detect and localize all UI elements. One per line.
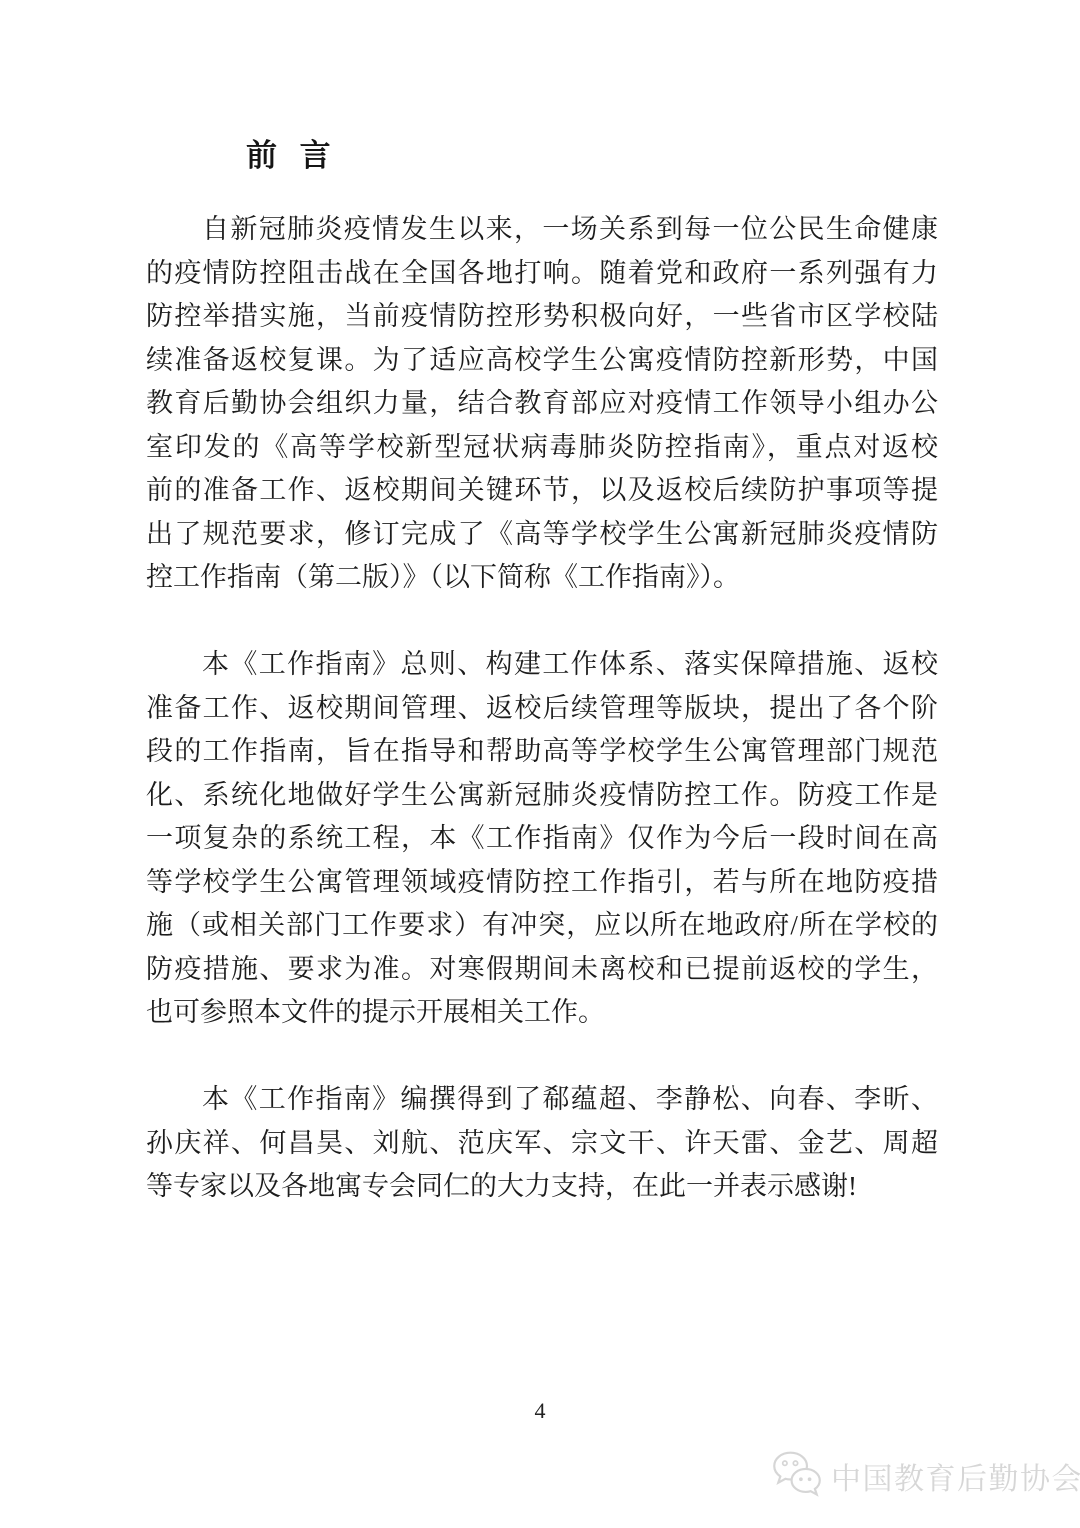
paragraph: 本《工作指南》编撰得到了郗蕴超、李静松、向春、李昕、孙庆祥、何昌昊、刘航、范庆军… [146,1078,938,1209]
text-line: 的疫情防控阻击战在全国各地打响。随着党和政府一系列强有力 [146,252,938,296]
text-line: 教育后勤协会组织力量，结合教育部应对疫情工作领导小组办公 [146,382,938,426]
page-title: 前 言 [246,140,332,171]
watermark-label: 中国教育后勤协会 [831,1454,1080,1498]
document-body: 自新冠肺炎疫情发生以来，一场关系到每一位公民生命健康的疫情防控阻击战在全国各地打… [146,208,938,1209]
text-line: 也可参照本文件的提示开展相关工作。 [146,991,938,1035]
text-line: 续准备返校复课。为了适应高校学生公寓疫情防控新形势，中国 [146,339,938,383]
text-line: 室印发的《高等学校新型冠状病毒肺炎防控指南》，重点对返校 [146,426,938,470]
text-line: 本《工作指南》总则、构建工作体系、落实保障措施、返校 [146,643,938,687]
text-line: 等学校学生公寓管理领域疫情防控工作指引，若与所在地防疫措 [146,861,938,905]
document-page: 前 言 自新冠肺炎疫情发生以来，一场关系到每一位公民生命健康的疫情防控阻击战在全… [0,0,1080,1528]
text-line: 一项复杂的系统工程，本《工作指南》仅作为今后一段时间在高 [146,817,938,861]
text-line: 本《工作指南》编撰得到了郗蕴超、李静松、向春、李昕、 [146,1078,938,1122]
text-line: 自新冠肺炎疫情发生以来，一场关系到每一位公民生命健康 [146,208,938,252]
text-line: 防控举措实施，当前疫情防控形势积极向好，一些省市区学校陆 [146,295,938,339]
paragraph: 本《工作指南》总则、构建工作体系、落实保障措施、返校准备工作、返校期间管理、返校… [146,643,938,1035]
text-line: 防疫措施、要求为准。对寒假期间未离校和已提前返校的学生， [146,948,938,992]
text-line: 控工作指南（第二版）》（以下简称《工作指南》）。 [146,556,938,600]
page-number: 4 [0,1398,1080,1424]
text-line: 准备工作、返校期间管理、返校后续管理等版块，提出了各个阶 [146,687,938,731]
text-line: 段的工作指南，旨在指导和帮助高等学校学生公寓管理部门规范 [146,730,938,774]
text-line: 前的准备工作、返校期间关键环节，以及返校后续防护事项等提 [146,469,938,513]
paragraph: 自新冠肺炎疫情发生以来，一场关系到每一位公民生命健康的疫情防控阻击战在全国各地打… [146,208,938,600]
watermark: 中国教育后勤协会 [772,1450,1080,1502]
wechat-icon [772,1450,822,1502]
text-line: 等专家以及各地寓专会同仁的大力支持，在此一并表示感谢! [146,1165,938,1209]
text-line: 施（或相关部门工作要求）有冲突，应以所在地政府/所在学校的 [146,904,938,948]
text-line: 孙庆祥、何昌昊、刘航、范庆军、宗文干、许天雷、金艺、周超 [146,1122,938,1166]
text-line: 化、系统化地做好学生公寓新冠肺炎疫情防控工作。防疫工作是 [146,774,938,818]
text-line: 出了规范要求，修订完成了《高等学校学生公寓新冠肺炎疫情防 [146,513,938,557]
